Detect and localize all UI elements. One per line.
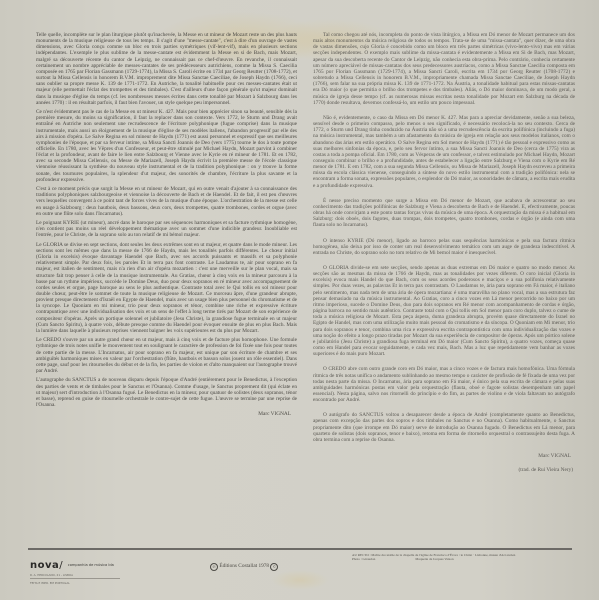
paragraph-sanctus: L'autographe du SANCTUS a de nouveau dis… (36, 377, 297, 408)
paragraph: Ce n'est évidemment pas le cas de la Mes… (36, 109, 297, 183)
copyright-notice: ℗ Éditions Costallat 1978 © (210, 563, 278, 571)
paragraph-sanctus: O autógrafo do SANCTUS voltou a desapare… (313, 412, 575, 443)
paragraph-credo: Le CREDO s'ouvre par un autre grand chœu… (36, 337, 297, 374)
paragraph-kyrie: Le poignant KYRIE (ut mineur), ancré dan… (36, 220, 297, 238)
phonogram-icon: ℗ (210, 563, 218, 571)
logo-address: R. A. HERCULANO, 21 - LISBOA (30, 573, 120, 579)
logo-wordmark: nova (30, 560, 59, 571)
copyright-text: Éditions Costallat 1978 (219, 563, 269, 569)
label-logo: nova/ companhia de música lda R. A. HERC… (30, 553, 120, 585)
logo-slash-icon: / (59, 560, 62, 571)
cover-credits: AU RECTO : Maître du retable de la chape… (352, 553, 572, 562)
liner-notes-page: Telle quelle, incomplète sur le plan lit… (0, 0, 599, 600)
translator-credit: (trad. de Rui Vieira Nery) (313, 467, 573, 473)
logo-manufacture: FEITA E IMPR. EM PORTUGAL (30, 581, 120, 585)
paragraph-kyrie: O intenso KYRIE (Dó menor), ligado ao ba… (313, 238, 575, 256)
paragraph-gloria: O GLORIA divide-se em sete secções, send… (313, 265, 575, 357)
author-signature: Marc VIGNAL (36, 411, 291, 417)
paragraph: Tal como chegou até nós, incompleta do p… (313, 32, 575, 106)
paragraph: É nesse preciso momento que surge a Miss… (313, 198, 575, 229)
photo-credit: Photo : Giraudon (352, 557, 375, 561)
paragraph-gloria: Le GLORIA se divise en sept sections, do… (36, 242, 297, 334)
portuguese-column: Tal como chegou até nós, incompleta do p… (313, 32, 575, 473)
french-column: Telle quelle, incomplète sur le plan lit… (36, 32, 297, 418)
logo-tagline: companhia de música lda (68, 563, 114, 567)
paragraph: Telle quelle, incomplète sur le plan lit… (36, 32, 297, 106)
paragraph-credo: O CREDO abre com outro grande coro em Dó… (313, 366, 575, 403)
paragraph: C'est à ce moment précis que surgit la M… (36, 186, 297, 217)
paragraph: Não é, evidentemente, o caso da Missa em… (313, 115, 575, 189)
copyright-icon: © (270, 563, 278, 571)
footer-divider (28, 548, 572, 550)
design-credit: Maquette de Jacques Vaison (415, 557, 453, 561)
author-signature: Marc VIGNAL (313, 453, 571, 459)
